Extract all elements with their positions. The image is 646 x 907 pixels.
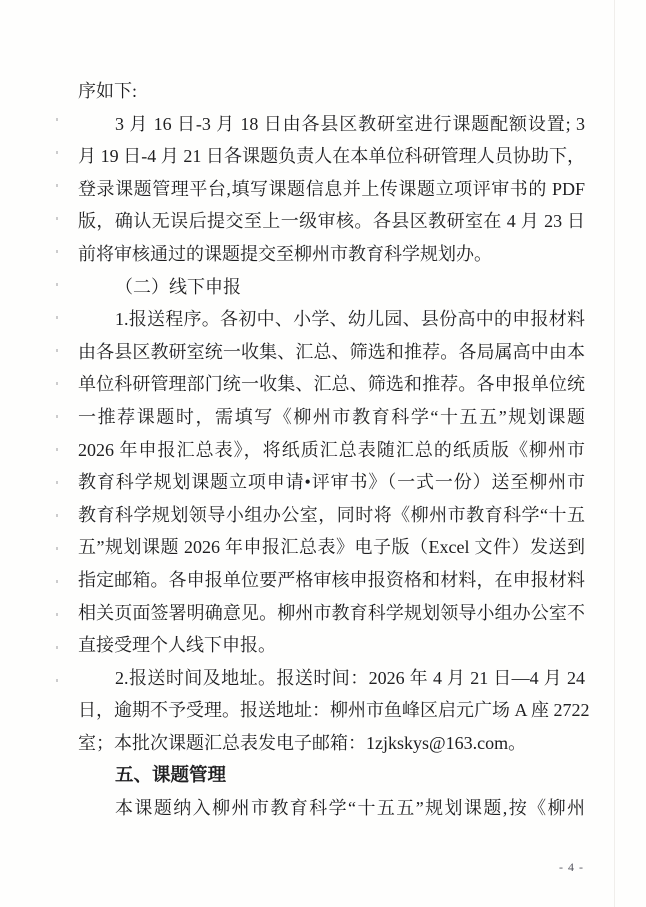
text-line: 序如下: xyxy=(78,75,585,108)
text-line: 2.报送时间及地址。报送时间：2026 年 4 月 21 日—4 月 24 xyxy=(78,662,585,695)
text-line: 室；本批次课题汇总表发电子邮箱：1zjkskys@163.com。 xyxy=(78,727,585,760)
page-number-label: - 4 - xyxy=(559,860,584,875)
scan-artifact-right xyxy=(614,0,615,907)
text-line: 相关页面签署明确意见。柳州市教育科学规划领导小组办公室不 xyxy=(78,597,585,630)
text-line: 一推荐课题时，需填写《柳州市教育科学“十五五”规划课题 xyxy=(78,401,585,434)
text-line: 本课题纳入柳州市教育科学“十五五”规划课题,按《柳州 xyxy=(78,792,585,825)
text-line: 直接受理个人线下申报。 xyxy=(78,629,585,662)
text-line: 指定邮箱。各申报单位要严格审核申报资格和材料，在申报材料 xyxy=(78,564,585,597)
text-line: 月 19 日-4 月 21 日各课题负责人在本单位科研管理人员协助下， xyxy=(78,140,585,173)
document-page: 序如下:3 月 16 日-3 月 18 日由各县区教研室进行课题配额设置; 3月… xyxy=(0,0,646,907)
section-heading: 五、课题管理 xyxy=(78,759,585,792)
scan-artifact-left xyxy=(56,118,58,698)
text-line: 单位科研管理部门统一收集、汇总、筛选和推荐。各申报单位统 xyxy=(78,368,585,401)
text-line: 由各县区教研室统一收集、汇总、筛选和推荐。各局属高中由本 xyxy=(78,336,585,369)
document-body: 序如下:3 月 16 日-3 月 18 日由各县区教研室进行课题配额设置; 3月… xyxy=(78,75,585,825)
text-line: 版，确认无误后提交至上一级审核。各县区教研室在 4 月 23 日 xyxy=(78,205,585,238)
text-line: 教育科学规划课题立项申请•评审书》（一式一份）送至柳州市 xyxy=(78,466,585,499)
text-line: 五”规划课题 2026 年申报汇总表》电子版（Excel 文件）发送到 xyxy=(78,531,585,564)
text-line: 登录课题管理平台,填写课题信息并上传课题立项评审书的 PDF xyxy=(78,173,585,206)
text-line: 3 月 16 日-3 月 18 日由各县区教研室进行课题配额设置; 3 xyxy=(78,108,585,141)
text-line: 1.报送程序。各初中、小学、幼儿园、县份高中的申报材料 xyxy=(78,303,585,336)
text-line: 教育科学规划领导小组办公室，同时将《柳州市教育科学“十五 xyxy=(78,499,585,532)
text-line: 2026 年申报汇总表》，将纸质汇总表随汇总的纸质版《柳州市 xyxy=(78,434,585,467)
text-line: 前将审核通过的课题提交至柳州市教育科学规划办。 xyxy=(78,238,585,271)
text-line: （二）线下申报 xyxy=(78,271,585,304)
text-line: 日，逾期不予受理。报送地址：柳州市鱼峰区启元广场 A 座 2722 xyxy=(78,694,585,727)
